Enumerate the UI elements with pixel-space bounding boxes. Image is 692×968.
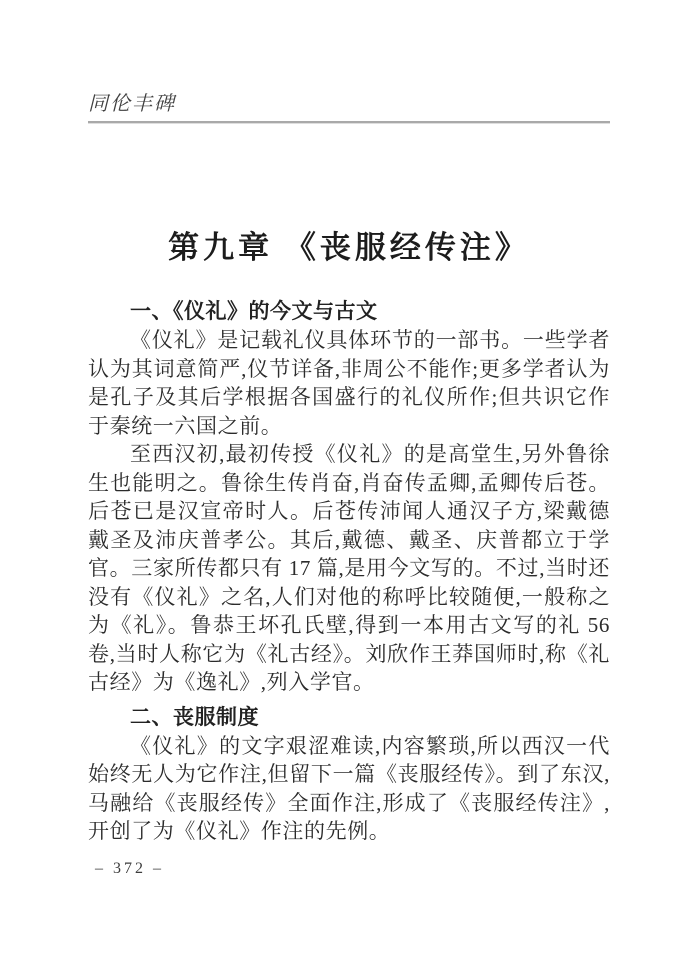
running-header: 同伦丰碑	[88, 0, 610, 117]
page-number: – 372 –	[95, 860, 164, 878]
paragraph-3: 《仪礼》的文字艰涩难读,内容繁琐,所以西汉一代始终无人为它作注,但留下一篇《丧服…	[88, 732, 610, 846]
chapter-title: 第九章 《丧服经传注》	[88, 227, 610, 269]
paragraph-1: 《仪礼》是记载礼仪具体环节的一部书。一些学者认为其词意简严,仪节详备,非周公不能…	[88, 326, 610, 440]
paragraph-2: 至西汉初,最初传授《仪礼》的是高堂生,另外鲁徐生也能明之。鲁徐生传肖奋,肖奋传孟…	[88, 440, 610, 697]
header-rule	[88, 121, 610, 124]
book-page: 同伦丰碑 第九章 《丧服经传注》 一、《仪礼》的今文与古文 《仪礼》是记载礼仪具…	[0, 0, 692, 968]
section-heading-2: 二、丧服制度	[88, 704, 610, 732]
section-heading-1: 一、《仪礼》的今文与古文	[88, 298, 610, 326]
